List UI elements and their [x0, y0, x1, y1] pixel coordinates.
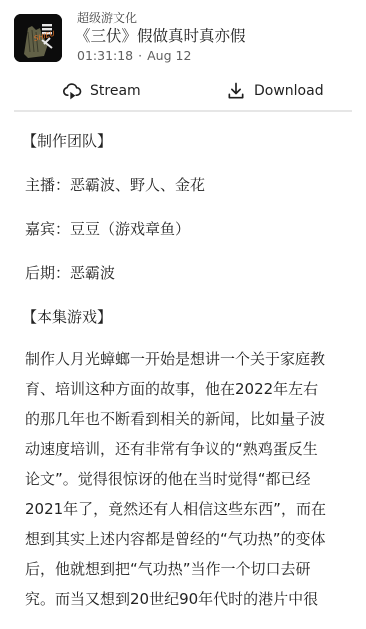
episode-title: 《三伏》假做真时真亦假 [75, 26, 356, 47]
description-body: 制作人月光蟑螂一开始是想讲一个关于家庭教 育、培训这种方面的故事，他在2022年… [25, 344, 345, 614]
separator: · [138, 48, 142, 63]
game-heading: 【本集游戏】 [22, 306, 345, 328]
description-line: 想到其实上述内容都是曾经的“气功热”的变体 [25, 524, 345, 554]
description-line: 育、培训这种方面的故事，他在2022年左右 [25, 374, 345, 404]
team-heading: 【制作团队】 [22, 130, 345, 152]
cloud-play-icon [62, 81, 82, 101]
description-line: 论文”。觉得很惊讶的他在当时觉得“都已经 [25, 464, 345, 494]
stream-button[interactable]: Stream [62, 76, 141, 106]
description-line: 制作人月光蟑螂一开始是想讲一个关于家庭教 [25, 344, 345, 374]
description-line: 究。而当又想到20世纪90年代时的港片中很 [25, 584, 345, 614]
divider [14, 110, 352, 112]
channel-name[interactable]: 超级游文化 [77, 10, 356, 26]
description-line: 的那几年也不断看到相关的新闻，比如量子波 [25, 404, 345, 434]
post-production-line: 后期：恶霸波 [25, 262, 345, 284]
podcast-artwork[interactable]: SHIEU [14, 14, 62, 62]
download-icon [226, 81, 246, 101]
stream-label: Stream [90, 83, 141, 99]
episode-details: 01:31:18·Aug 12 [77, 47, 356, 64]
episode-date: Aug 12 [147, 48, 191, 63]
description-line: 2021年了，竟然还有人相信这些东西”，而在 [25, 494, 345, 524]
artwork-image-icon: SHIEU [14, 14, 62, 62]
guest-line: 嘉宾：豆豆（游戏章鱼） [25, 218, 345, 240]
hosts-line: 主播：恶霸波、野人、金花 [25, 174, 345, 196]
download-button[interactable]: Download [226, 76, 324, 106]
action-bar: Stream Download [14, 76, 352, 106]
description-line: 动速度培训，还有非常有争议的“熟鸡蛋反生 [25, 434, 345, 464]
download-label: Download [254, 83, 324, 99]
episode-meta: 超级游文化 《三伏》假做真时真亦假 01:31:18·Aug 12 [77, 10, 356, 64]
description-line: 后，他就想到把“气功热”当作一个切口去研 [25, 554, 345, 584]
episode-description: 【制作团队】 主播：恶霸波、野人、金花 嘉宾：豆豆（游戏章鱼） 后期：恶霸波 【… [25, 130, 345, 614]
episode-header: SHIEU 超级游文化 《三伏》假做真时真亦假 01:31:18·Aug 12 [0, 0, 366, 70]
episode-duration: 01:31:18 [77, 48, 133, 63]
